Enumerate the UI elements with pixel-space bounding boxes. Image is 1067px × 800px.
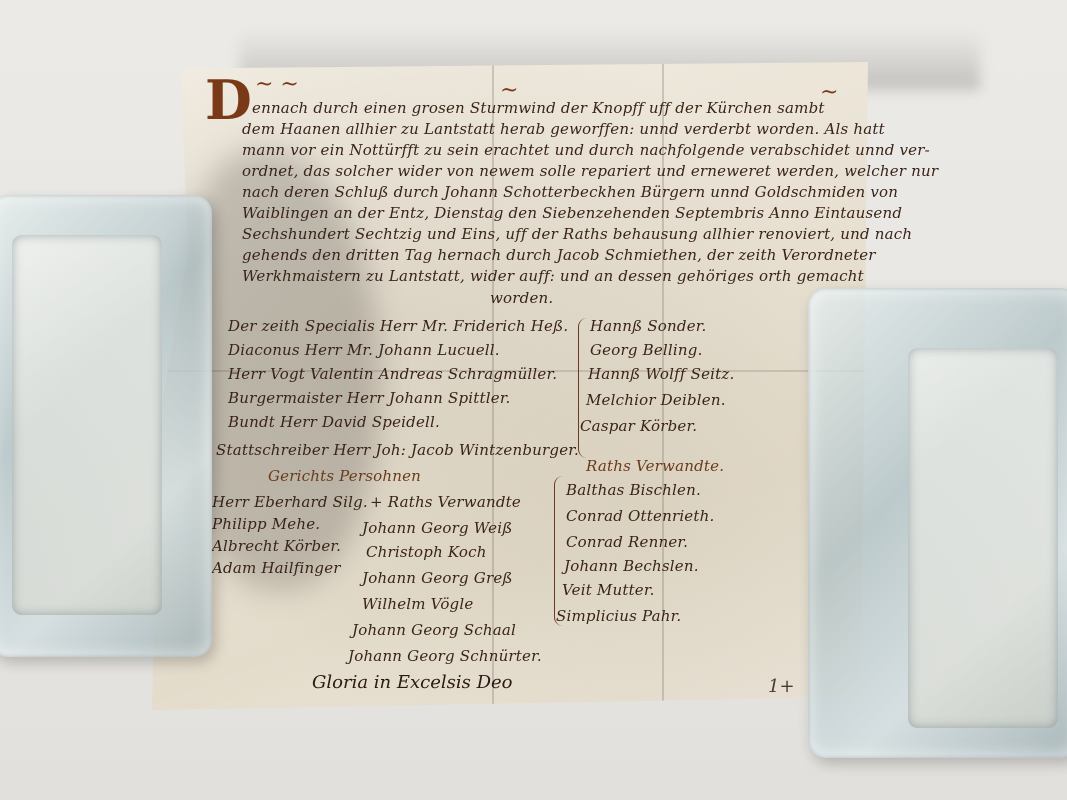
gerichts-person: Albrecht Körber.: [212, 536, 341, 556]
body-line-9: Werkhmaistern zu Lantstatt, wider auff: …: [242, 266, 864, 286]
gerichts-heading: Gerichts Persohnen: [268, 466, 421, 486]
body-line-8: gehends den dritten Tag hernach durch Ja…: [242, 245, 876, 265]
page-mark: 1+: [768, 676, 795, 697]
body-line-1: ennach durch einen grosen Sturmwind der …: [252, 98, 825, 118]
gerichts-person: Philipp Mehe.: [212, 514, 320, 534]
right-name: Conrad Ottenrieth.: [566, 506, 714, 526]
body-line-10: worden.: [490, 288, 553, 308]
mid-name: Johann Georg Schaal: [352, 620, 516, 640]
glass-block-inner: [908, 348, 1058, 728]
glass-block-inner: [12, 235, 162, 615]
right-name: Balthas Bischlen.: [566, 480, 701, 500]
right-name: Georg Belling.: [590, 340, 703, 360]
body-line-4: ordnet, das solcher wider von newem soll…: [242, 161, 938, 181]
gerichts-person: Herr Eberhard Silg.: [212, 492, 368, 512]
body-line-6: Waiblingen an der Entz, Dienstag den Sie…: [242, 203, 902, 223]
raths-heading-mid: + Raths Verwandte: [370, 492, 521, 512]
right-name: Hannß Sonder.: [590, 316, 706, 336]
official-line: Der zeith Specialis Herr Mr. Friderich H…: [228, 316, 568, 336]
right-name: Conrad Renner.: [566, 532, 688, 552]
official-line: Herr Vogt Valentin Andreas Schragmüller.: [228, 364, 557, 384]
right-name: Veit Mutter.: [562, 580, 655, 600]
official-line: Stattschreiber Herr Joh: Jacob Wintzenbu…: [216, 440, 579, 460]
right-name: Melchior Deiblen.: [586, 390, 726, 410]
glass-block-right: [808, 288, 1067, 758]
mid-name: Christoph Koch: [366, 542, 487, 562]
mid-name: Johann Georg Greß: [362, 568, 513, 588]
flourish-ornament: ~ ~: [255, 72, 299, 97]
list-bracket: [578, 318, 587, 458]
mid-name: Johann Georg Weiß: [362, 518, 512, 538]
gerichts-person: Adam Hailfinger: [212, 558, 341, 578]
glass-block-left: [0, 195, 212, 657]
mid-name: Wilhelm Vögle: [362, 594, 473, 614]
mid-name: Johann Georg Schnürter.: [348, 646, 542, 666]
body-line-5: nach deren Schluß durch Johann Schotterb…: [242, 182, 898, 202]
right-name: Johann Bechslen.: [564, 556, 699, 576]
body-line-2: dem Haanen allhier zu Lantstatt herab ge…: [242, 119, 885, 139]
official-line: Burgermaister Herr Johann Spittler.: [228, 388, 511, 408]
body-line-3: mann vor ein Nottürfft zu sein erachtet …: [242, 140, 930, 160]
raths-heading-right: Raths Verwandte.: [586, 456, 724, 476]
right-name: Simplicius Pahr.: [556, 606, 681, 626]
list-bracket: [554, 476, 563, 626]
official-line: Diaconus Herr Mr. Johann Lucuell.: [228, 340, 500, 360]
right-name: Caspar Körber.: [580, 416, 697, 436]
right-name: Hannß Wolff Seitz.: [588, 364, 734, 384]
body-line-7: Sechshundert Sechtzig und Eins, uff der …: [242, 224, 912, 244]
closing-line: Gloria in Excelsis Deo: [312, 672, 513, 693]
official-line: Bundt Herr David Speidell.: [228, 412, 440, 432]
